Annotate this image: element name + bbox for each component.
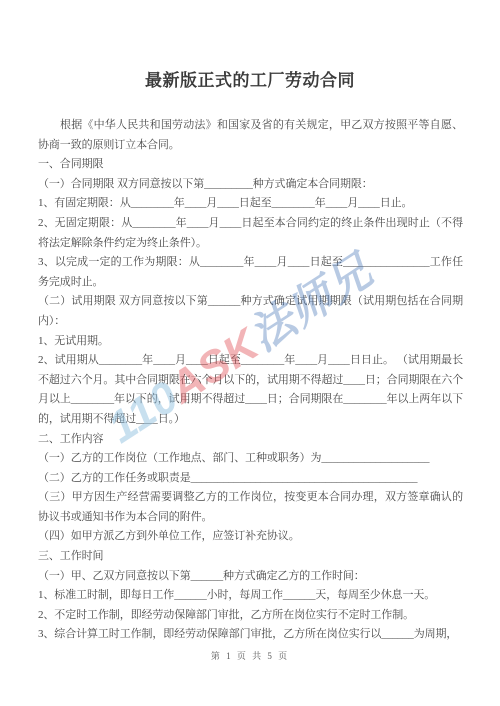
contract-paragraph: 1、标准工时制，即每日工作______小时，每周工作______天，每周至少休息… (38, 586, 463, 606)
contract-paragraph: 1、无试用期。 (38, 332, 463, 352)
contract-paragraph: 根据《中华人民共和国劳动法》和国家及省的有关规定，甲乙双方按照平等自愿、协商一致… (38, 116, 463, 155)
contract-paragraph: （三）甲方因生产经营需要调整乙方的工作岗位，按变更本合同办理，双方签章确认的协议… (38, 488, 463, 527)
section-heading-work-content: 二、工作内容 (38, 430, 463, 450)
page-number-indicator: 第 1 页 共 5 页 (0, 649, 500, 662)
contract-paragraph: （一）乙方的工作岗位（工作地点、部门、工种或职务）为______________… (38, 449, 463, 469)
contract-paragraph: （二）乙方的工作任务或职责是__________________________… (38, 469, 463, 489)
contract-paragraph: （二）试用期限 双方同意按以下第______种方式确定试用期期限（试用期包括在合… (38, 292, 463, 331)
section-heading-term: 一、合同期限 (38, 155, 463, 175)
contract-paragraph: 3、以完成一定的工作为期限：从________年____月____日起至____… (38, 253, 463, 292)
document-page: 最新版正式的工厂劳动合同 根据《中华人民共和国劳动法》和国家及省的有关规定，甲乙… (0, 0, 500, 706)
contract-paragraph: 2、无固定期限：从________年____月____日起至本合同约定的终止条件… (38, 214, 463, 253)
document-title: 最新版正式的工厂劳动合同 (0, 66, 500, 91)
contract-body: 根据《中华人民共和国劳动法》和国家及省的有关规定，甲乙双方按照平等自愿、协商一致… (38, 116, 463, 645)
contract-paragraph: （一）合同期限 双方同意按以下第_________种方式确定本合同期限： (38, 175, 463, 195)
contract-paragraph: （四）如甲方派乙方到外单位工作，应签订补充协议。 (38, 527, 463, 547)
contract-paragraph: 3、综合计算工时工作制，即经劳动保障部门审批，乙方所在岗位实行以______为周… (38, 625, 463, 645)
contract-paragraph: 1、有固定期限：从________年____月____日起至________年_… (38, 194, 463, 214)
section-heading-work-time: 三、工作时间 (38, 547, 463, 567)
contract-paragraph: 2、试用期从________年____月____日起至________年____… (38, 351, 463, 429)
contract-paragraph: 2、不定时工作制，即经劳动保障部门审批，乙方所在岗位实行不定时工作制。 (38, 606, 463, 626)
contract-paragraph: （一）甲、乙双方同意按以下第______种方式确定乙方的工作时间： (38, 567, 463, 587)
